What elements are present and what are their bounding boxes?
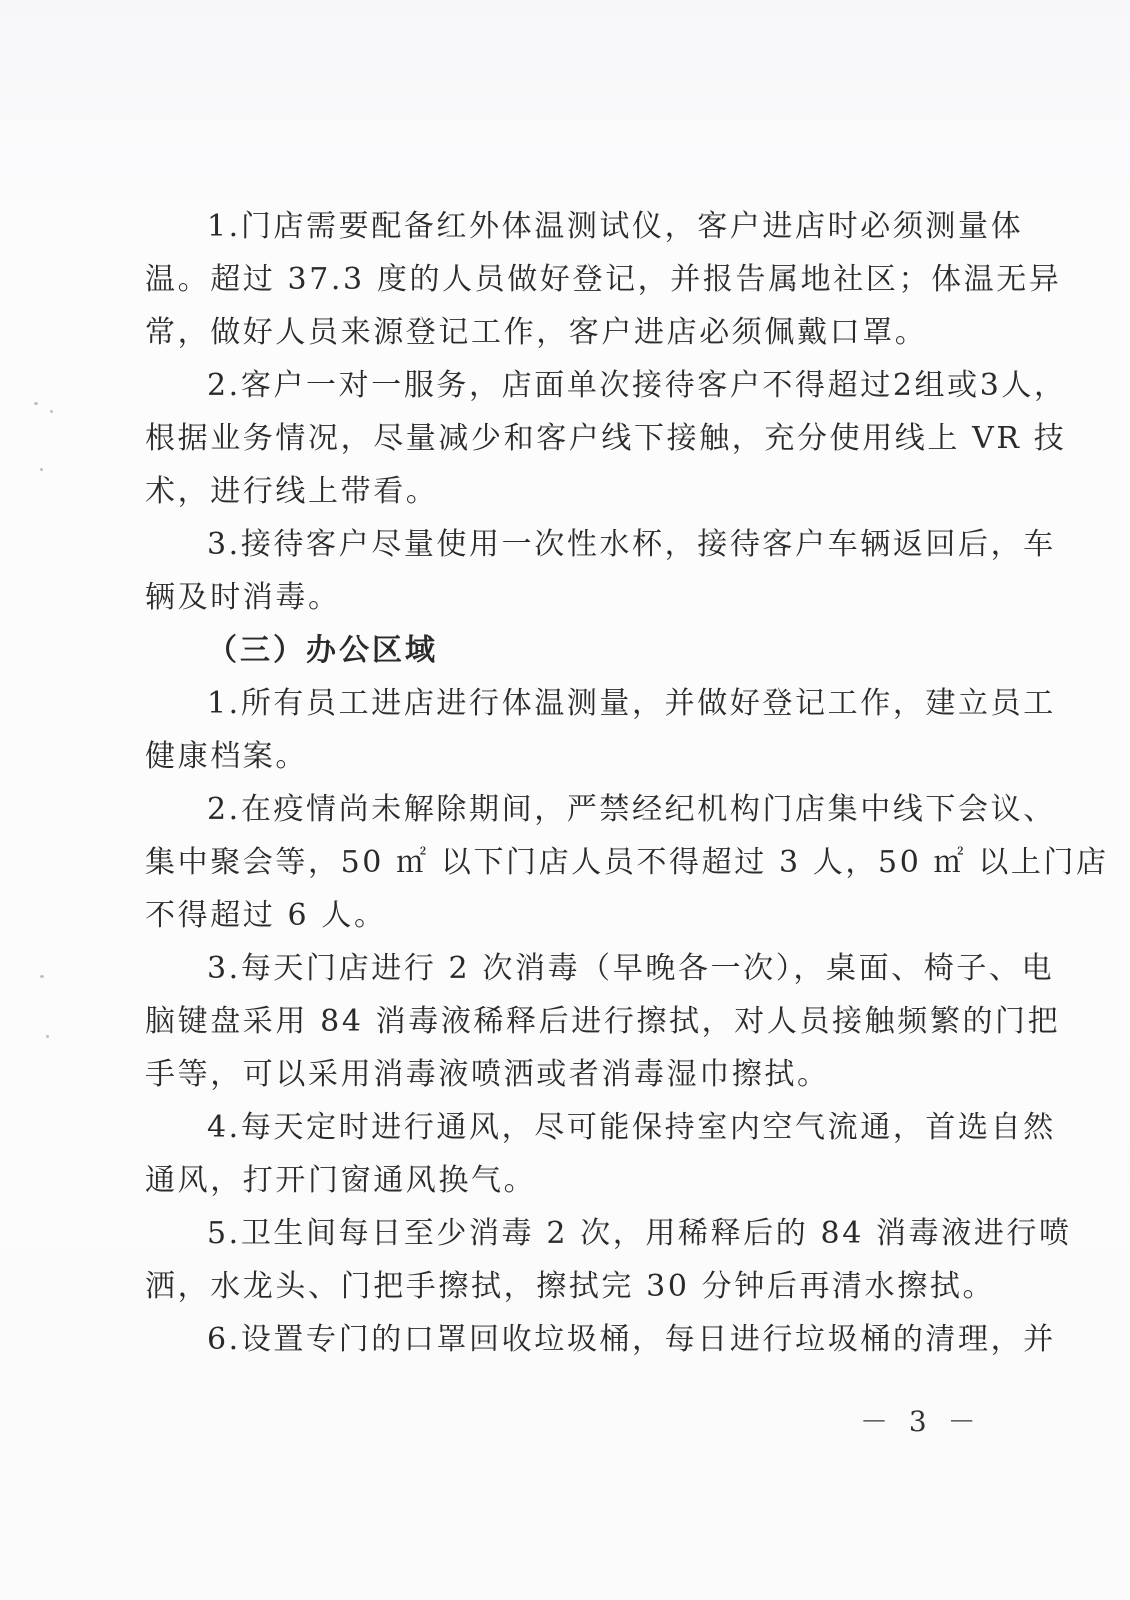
text-line: 脑键盘采用 84 消毒液稀释后进行擦拭，对人员接触频繁的门把: [145, 995, 970, 1048]
text-line: 通风，打开门窗通风换气。: [145, 1154, 970, 1207]
scan-speck: [34, 402, 38, 405]
text-line: 常，做好人员来源登记工作，客户进店必须佩戴口罩。: [145, 306, 970, 359]
text-line: 温。超过 37.3 度的人员做好登记，并报告属地社区；体温无异: [145, 253, 970, 306]
text-line: 1.所有员工进店进行体温测量，并做好登记工作，建立员工: [145, 677, 970, 730]
text-line: 手等，可以采用消毒液喷洒或者消毒湿巾擦拭。: [145, 1048, 970, 1101]
text-line: 2.客户一对一服务，店面单次接待客户不得超过2组或3人，: [145, 359, 970, 412]
text-line: 辆及时消毒。: [145, 571, 970, 624]
scan-speck: [40, 468, 43, 471]
text-line: 6.设置专门的口罩回收垃圾桶，每日进行垃圾桶的清理，并: [145, 1313, 970, 1366]
text-line: 5.卫生间每日至少消毒 2 次，用稀释后的 84 消毒液进行喷: [145, 1207, 970, 1260]
text-line: 根据业务情况，尽量减少和客户线下接触，充分使用线上 VR 技: [145, 412, 970, 465]
document-body: 1.门店需要配备红外体温测试仪，客户进店时必须测量体 温。超过 37.3 度的人…: [145, 200, 970, 1366]
text-line: 3.每天门店进行 2 次消毒（早晚各一次），桌面、椅子、电: [145, 942, 970, 995]
text-line: 健康档案。: [145, 730, 970, 783]
text-line: 1.门店需要配备红外体温测试仪，客户进店时必须测量体: [145, 200, 970, 253]
text-line: 3.接待客户尽量使用一次性水杯，接待客户车辆返回后，车: [145, 518, 970, 571]
scan-speck: [40, 975, 44, 978]
document-page: 1.门店需要配备红外体温测试仪，客户进店时必须测量体 温。超过 37.3 度的人…: [0, 0, 1130, 1600]
text-line: 集中聚会等，50 ㎡ 以下门店人员不得超过 3 人，50 ㎡ 以上门店: [145, 836, 970, 889]
section-heading: （三）办公区域: [145, 624, 970, 677]
scan-speck: [50, 410, 53, 413]
page-number: － 3 －: [860, 1400, 982, 1440]
scan-speck: [46, 1035, 49, 1038]
text-line: 4.每天定时进行通风，尽可能保持室内空气流通，首选自然: [145, 1101, 970, 1154]
text-line: 2.在疫情尚未解除期间，严禁经纪机构门店集中线下会议、: [145, 783, 970, 836]
text-line: 不得超过 6 人。: [145, 889, 970, 942]
text-line: 术，进行线上带看。: [145, 465, 970, 518]
text-line: 洒，水龙头、门把手擦拭，擦拭完 30 分钟后再清水擦拭。: [145, 1260, 970, 1313]
